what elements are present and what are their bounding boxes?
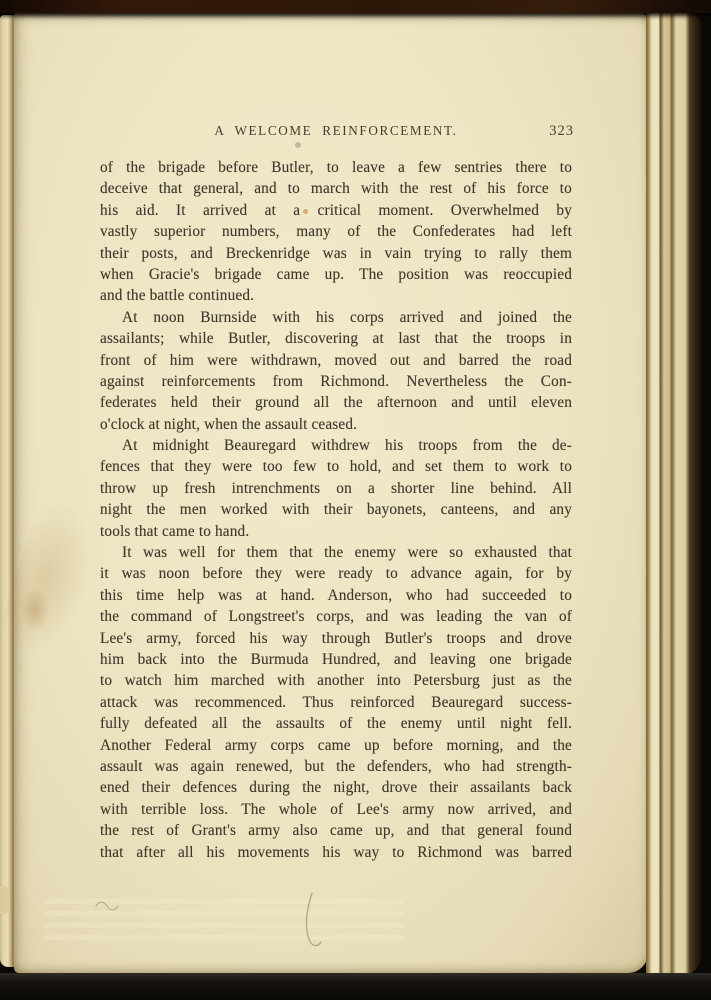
text-block: of the brigade before Butler, to leave a… <box>100 157 572 863</box>
text-line: that after all his movements his way to … <box>100 842 572 863</box>
text-line: him back into the Burmuda Hundred, and l… <box>100 649 572 670</box>
text-line: throw up fresh intrenchments on a shorte… <box>100 478 572 499</box>
text-line: tools that came to hand. <box>100 521 572 542</box>
text-line: fences that they were too few to hold, a… <box>100 456 572 477</box>
text-line: Lee's army, forced his way through Butle… <box>100 628 572 649</box>
book-scan: A WELCOME REINFORCEMENT. 323 of the brig… <box>0 0 711 1000</box>
text-line: front of him were withdrawn, moved out a… <box>100 350 572 371</box>
running-title: A WELCOME REINFORCEMENT. <box>100 123 572 139</box>
book-cover-top-edge <box>0 0 711 13</box>
text-line: the rest of Grant's army also came up, a… <box>100 820 572 841</box>
page-header: A WELCOME REINFORCEMENT. 323 <box>100 123 572 140</box>
text-line: assault was again renewed, but the defen… <box>100 756 572 777</box>
text-line: this time help was at hand. Anderson, wh… <box>100 585 572 606</box>
text-line: vastly superior numbers, many of the Con… <box>100 221 572 242</box>
text-line: to watch him marched with another into P… <box>100 670 572 691</box>
fore-edge-page-stack <box>646 12 702 974</box>
text-line: of the brigade before Butler, to leave a… <box>100 157 572 178</box>
text-line: federates held their ground all the afte… <box>100 392 572 413</box>
text-line: and the battle continued. <box>100 285 572 306</box>
text-line: fully defeated all the assaults of the e… <box>100 713 572 734</box>
book-page: A WELCOME REINFORCEMENT. 323 of the brig… <box>14 13 648 973</box>
text-line: attack was recommenced. Thus reinforced … <box>100 692 572 713</box>
text-line: At midnight Beauregard withdrew his troo… <box>100 435 572 456</box>
text-line: o'clock at night, when the assault cease… <box>100 414 572 435</box>
text-line: At noon Burnside with his corps arrived … <box>100 307 572 328</box>
text-line: against reinforcements from Richmond. Ne… <box>100 371 572 392</box>
paragraph: It was well for them that the enemy were… <box>100 542 572 863</box>
paragraph: of the brigade before Butler, to leave a… <box>100 157 572 307</box>
text-line: night the men worked with their bayonets… <box>100 499 572 520</box>
paragraph: At midnight Beauregard withdrew his troo… <box>100 435 572 542</box>
page-showthrough <box>44 899 404 945</box>
text-line: assailants; while Butler, discovering at… <box>100 328 572 349</box>
text-line: ened their defences during the night, dr… <box>100 777 572 798</box>
stain <box>0 494 111 667</box>
text-line: their posts, and Breckenridge was in vai… <box>100 243 572 264</box>
text-line: Another Federal army corps came up befor… <box>100 735 572 756</box>
text-line: the command of Longstreet's corps, and w… <box>100 606 572 627</box>
page-edge-chip <box>0 886 10 914</box>
stain <box>20 587 50 633</box>
text-line: with terrible loss. The whole of Lee's a… <box>100 799 572 820</box>
text-line: it was noon before they were ready to ad… <box>100 563 572 584</box>
text-line: It was well for them that the enemy were… <box>100 542 572 563</box>
text-line: his aid. It arrived at a critical moment… <box>100 200 572 221</box>
page-content: A WELCOME REINFORCEMENT. 323 of the brig… <box>100 123 572 863</box>
paragraph: At noon Burnside with his corps arrived … <box>100 307 572 435</box>
page-number: 323 <box>549 123 574 140</box>
text-line: when Gracie's brigade came up. The posit… <box>100 264 572 285</box>
text-line: deceive that general, and to march with … <box>100 178 572 199</box>
book-cover-bottom-edge <box>0 973 711 1000</box>
